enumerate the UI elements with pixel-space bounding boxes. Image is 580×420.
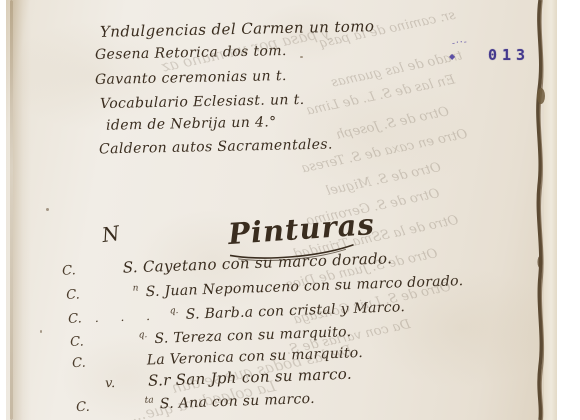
ink-speck [300, 56, 303, 58]
margin-mark: C. [70, 334, 84, 349]
margin-mark: v. [105, 376, 115, 391]
ink-speck [40, 330, 42, 333]
ink-speck [46, 208, 49, 211]
margin-mark: C. [76, 400, 90, 415]
margin-mark: C. [72, 356, 86, 371]
margin-note-n: N [100, 221, 121, 247]
margin-mark: C. [62, 263, 76, 278]
margin-dots: . . . [95, 309, 160, 325]
margin-mark: C. [68, 311, 82, 326]
row-superscript: q. [170, 306, 179, 316]
binding-edge [526, 0, 554, 420]
stamp-diamond-icon: ◆ [449, 52, 455, 61]
manuscript-scan: sr. camino de la pasq y pasa por un mano… [0, 0, 580, 420]
folio-number-stamp: 013 [488, 46, 530, 64]
row-superscript: ta [144, 395, 153, 405]
stamp-dash-icon: -··- [452, 37, 469, 49]
row-superscript: q. [138, 330, 147, 340]
margin-mark: C. [66, 287, 80, 302]
row-superscript: n [133, 283, 139, 293]
page-left-crease [13, 0, 31, 420]
